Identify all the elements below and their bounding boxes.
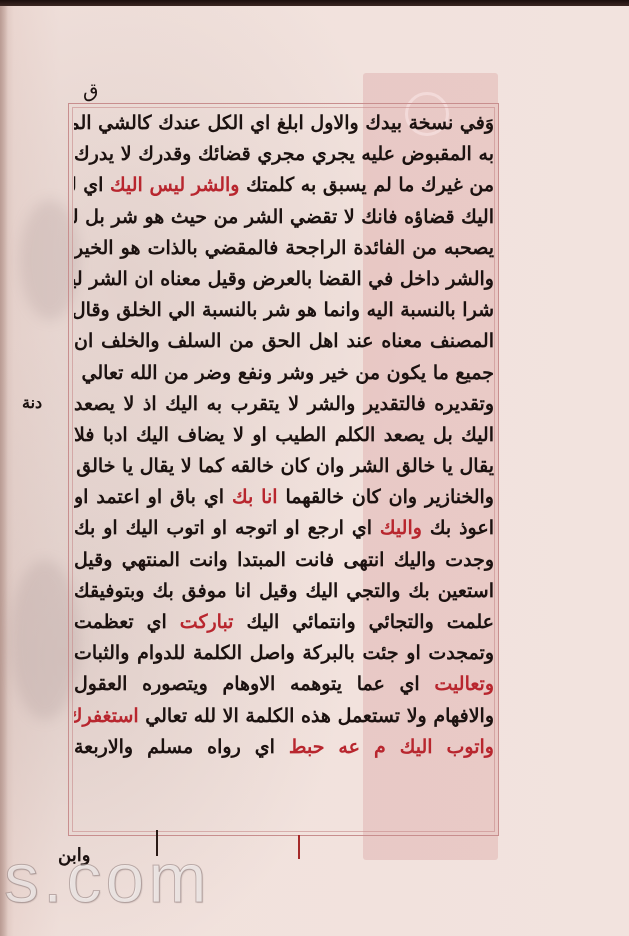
text-line: وجدت واليك انتهى فانت المبتدا وانت المنت… (74, 545, 494, 576)
text-line: المصنف معناه عند اهل الحق من السلف والخل… (74, 326, 494, 357)
text-line: والخنازير وان كان خالقهما انا بك اي باق … (74, 482, 494, 513)
watermark-text: s.com (4, 838, 211, 918)
body-text: يصحبه من الفائدة الراجحة فالمقضي بالذات … (74, 237, 494, 259)
body-text: علمت والتجائي وانتمائي اليك (233, 611, 494, 633)
text-line: اليك بل يصعد الكلم الطيب او لا يضاف اليك… (74, 420, 494, 451)
body-text: وَفي نسخة بيدك والاول ابلغ اي الكل عندك … (74, 112, 494, 134)
margin-note: دنة (22, 393, 42, 412)
body-text: وتقديره فالتقدير والشر لا يتقرب به اليك … (74, 393, 494, 415)
text-line: وتمجدت او جئت بالبركة واصل الكلمة للدوام… (74, 638, 494, 669)
descender-stroke (298, 835, 300, 859)
body-text: شرا بالنسبة اليه وانما هو شر بالنسبة الي… (74, 299, 494, 321)
body-text: استعين بك والتجي اليك وقيل انا موفق بك و… (74, 580, 494, 602)
body-text: وتمجدت او جئت بالبركة واصل الكلمة للدوام… (74, 642, 494, 664)
body-text: المصنف معناه عند اهل الحق من السلف والخل… (74, 330, 494, 352)
body-text: اعوذ بك (422, 517, 494, 539)
text-line: يقال يا خالق الشر وان كان خالقه كما لا ي… (74, 451, 494, 482)
body-text: جميع ما يكون من خير وشر ونفع وضر من الله… (74, 362, 494, 384)
body-text: به المقبوض عليه يجري مجري قضائك وقدرك لا… (74, 143, 494, 165)
body-text: اليك قضاؤه فانك لا تقضي الشر من حيث هو ش… (74, 206, 494, 228)
text-line: اعوذ بك واليك اي ارجع او اتوجه او اتوب ا… (74, 513, 494, 544)
text-line: اليك قضاؤه فانك لا تقضي الشر من حيث هو ش… (74, 202, 494, 233)
text-line: واتوب اليك م عه حبط اي رواه مسلم والاربع… (74, 732, 494, 763)
body-text: والافهام ولا تستعمل هذه الكلمة الا لله ت… (139, 705, 494, 727)
text-line: شرا بالنسبة اليه وانما هو شر بالنسبة الي… (74, 295, 494, 326)
body-text: اي رواه مسلم والاربعة (74, 736, 289, 758)
binding-shadow (0, 6, 8, 936)
rubric-text: تباركت (180, 611, 234, 633)
text-line: جميع ما يكون من خير وشر ونفع وضر من الله… (74, 358, 494, 389)
text-line: يصحبه من الفائدة الراجحة فالمقضي بالذات … (74, 233, 494, 264)
body-text: اي عما يتوهمه الاوهام ويتصوره العقول (74, 673, 434, 695)
rubric-text: انا بك (232, 486, 278, 508)
page-mark: ق (83, 78, 99, 102)
body-text: والشر داخل في القضا بالعرض وقيل معناه ان… (74, 268, 494, 290)
rubric-text: والشر ليس اليك (110, 174, 239, 196)
manuscript-text: وَفي نسخة بيدك والاول ابلغ اي الكل عندك … (74, 108, 494, 763)
rubric-text: واليك (380, 517, 422, 539)
body-text: وجدت واليك انتهى فانت المبتدا وانت المنت… (74, 549, 494, 571)
body-text: اي تعظمت (74, 611, 180, 633)
rubric-text: وتعاليت (434, 673, 494, 695)
text-line: وَفي نسخة بيدك والاول ابلغ اي الكل عندك … (74, 108, 494, 139)
body-text: من غيرك ما لم يسبق به كلمتك (239, 174, 494, 196)
rubric-text: واتوب اليك م عه حبط (289, 736, 494, 758)
body-text: اليك بل يصعد الكلم الطيب او لا يضاف اليك… (74, 424, 494, 446)
text-line: والافهام ولا تستعمل هذه الكلمة الا لله ت… (74, 701, 494, 732)
rubric-text: استغفرك (74, 705, 139, 727)
text-line: استعين بك والتجي اليك وقيل انا موفق بك و… (74, 576, 494, 607)
text-line: وتعاليت اي عما يتوهمه الاوهام ويتصوره ال… (74, 669, 494, 700)
body-text: يقال يا خالق الشر وان كان خالقه كما لا ي… (74, 455, 494, 477)
text-line: به المقبوض عليه يجري مجري قضائك وقدرك لا… (74, 139, 494, 170)
body-text: اي باق او اعتمد او (74, 486, 232, 508)
text-line: علمت والتجائي وانتمائي اليك تباركت اي تع… (74, 607, 494, 638)
text-line: وتقديره فالتقدير والشر لا يتقرب به اليك … (74, 389, 494, 420)
text-line: والشر داخل في القضا بالعرض وقيل معناه ان… (74, 264, 494, 295)
body-text: والخنازير وان كان خالقهما (278, 486, 494, 508)
body-text: اي ارجع او اتوجه او اتوب اليك او بك (74, 517, 380, 539)
body-text: اي ليس (74, 174, 110, 196)
text-line: من غيرك ما لم يسبق به كلمتك والشر ليس ال… (74, 170, 494, 201)
